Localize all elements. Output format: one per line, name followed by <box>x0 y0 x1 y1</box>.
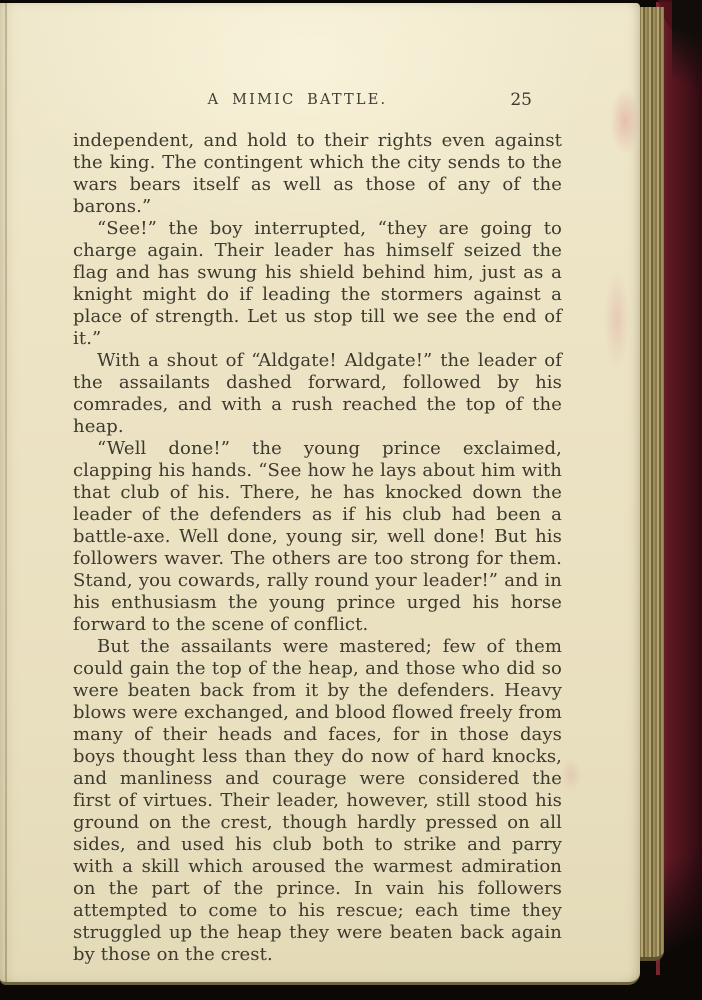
book-scan: A MIMIC BATTLE. 25 independent, and hold… <box>0 0 702 1000</box>
scan-top-edge <box>0 0 656 3</box>
paragraph: “See!” the boy interrupted, “they are go… <box>73 218 562 350</box>
page-number: 25 <box>510 90 532 110</box>
cover-bottom-shadow <box>660 825 702 1000</box>
paragraph: With a shout of “Aldgate! Aldgate!” the … <box>73 350 562 438</box>
pink-stain <box>604 269 630 369</box>
cover-top-shadow <box>672 0 702 110</box>
pink-stain <box>560 758 582 792</box>
paragraph: independent, and hold to their rights ev… <box>73 130 562 218</box>
running-header: A MIMIC BATTLE. 25 <box>73 92 562 116</box>
print-area: A MIMIC BATTLE. 25 independent, and hold… <box>73 92 562 966</box>
paragraph: “Well done!” the young prince exclaimed,… <box>73 438 562 636</box>
body-text: independent, and hold to their rights ev… <box>73 130 562 966</box>
page-title: A MIMIC BATTLE. <box>73 92 522 108</box>
pink-stain <box>610 87 640 155</box>
page-crease <box>5 3 7 982</box>
scanned-page: A MIMIC BATTLE. 25 independent, and hold… <box>0 3 640 985</box>
paragraph: But the assailants were mastered; few of… <box>73 636 562 966</box>
